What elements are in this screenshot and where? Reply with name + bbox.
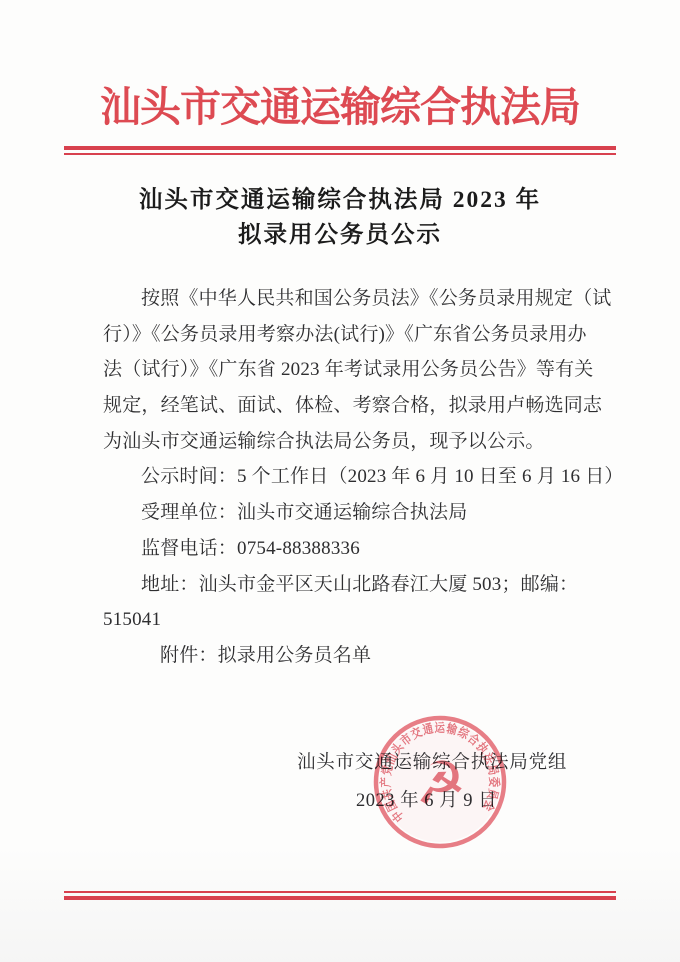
- body-line-attachment: 附件：拟录用公务员名单: [103, 638, 623, 674]
- hammer-sickle-icon: ☭: [411, 747, 469, 819]
- header-rule-thin-line: [64, 153, 616, 155]
- header-double-rule: [64, 146, 616, 155]
- document-title-line1: 汕头市交通运输综合执法局 2023 年: [0, 183, 680, 218]
- body-line: 规定，经笔试、面试、体检、考察合格，拟录用卢畅选同志: [103, 388, 623, 424]
- document-title: 汕头市交通运输综合执法局 2023 年 拟录用公务员公示: [0, 183, 680, 253]
- footer-double-rule: [64, 891, 616, 900]
- footer-rule-thick-line: [64, 896, 616, 900]
- body-line-address: 地址：汕头市金平区天山北路春江大厦 503；邮编：: [103, 567, 623, 603]
- body-line-supervision-phone: 监督电话：0754-88388336: [103, 531, 623, 567]
- document-body: 按照《中华人民共和国公务员法》《公务员录用规定（试 行）》《公务员录用考察办法(…: [103, 281, 623, 674]
- body-line: 法（试行）》《广东省 2023 年考试录用公务员公告》等有关: [103, 352, 623, 388]
- document-page: 汕头市交通运输综合执法局 汕头市交通运输综合执法局 2023 年 拟录用公务员公…: [0, 0, 680, 962]
- body-line: 按照《中华人民共和国公务员法》《公务员录用规定（试: [103, 281, 623, 317]
- body-line-notice-period: 公示时间：5 个工作日（2023 年 6 月 10 日至 6 月 16 日）: [103, 459, 623, 495]
- letterhead-title: 汕头市交通运输综合执法局: [0, 74, 680, 133]
- document-title-line2: 拟录用公务员公示: [0, 218, 680, 253]
- body-line: 为汕头市交通运输综合执法局公务员，现予以公示。: [103, 424, 623, 460]
- body-line-postcode: 515041: [103, 602, 623, 638]
- body-line-accepting-unit: 受理单位：汕头市交通运输综合执法局: [103, 495, 623, 531]
- official-seal: 中国共产党汕头市交通运输综合执法局委员会 ☭: [357, 699, 524, 866]
- body-line: 行）》《公务员录用考察办法(试行)》《广东省公务员录用办: [103, 317, 623, 353]
